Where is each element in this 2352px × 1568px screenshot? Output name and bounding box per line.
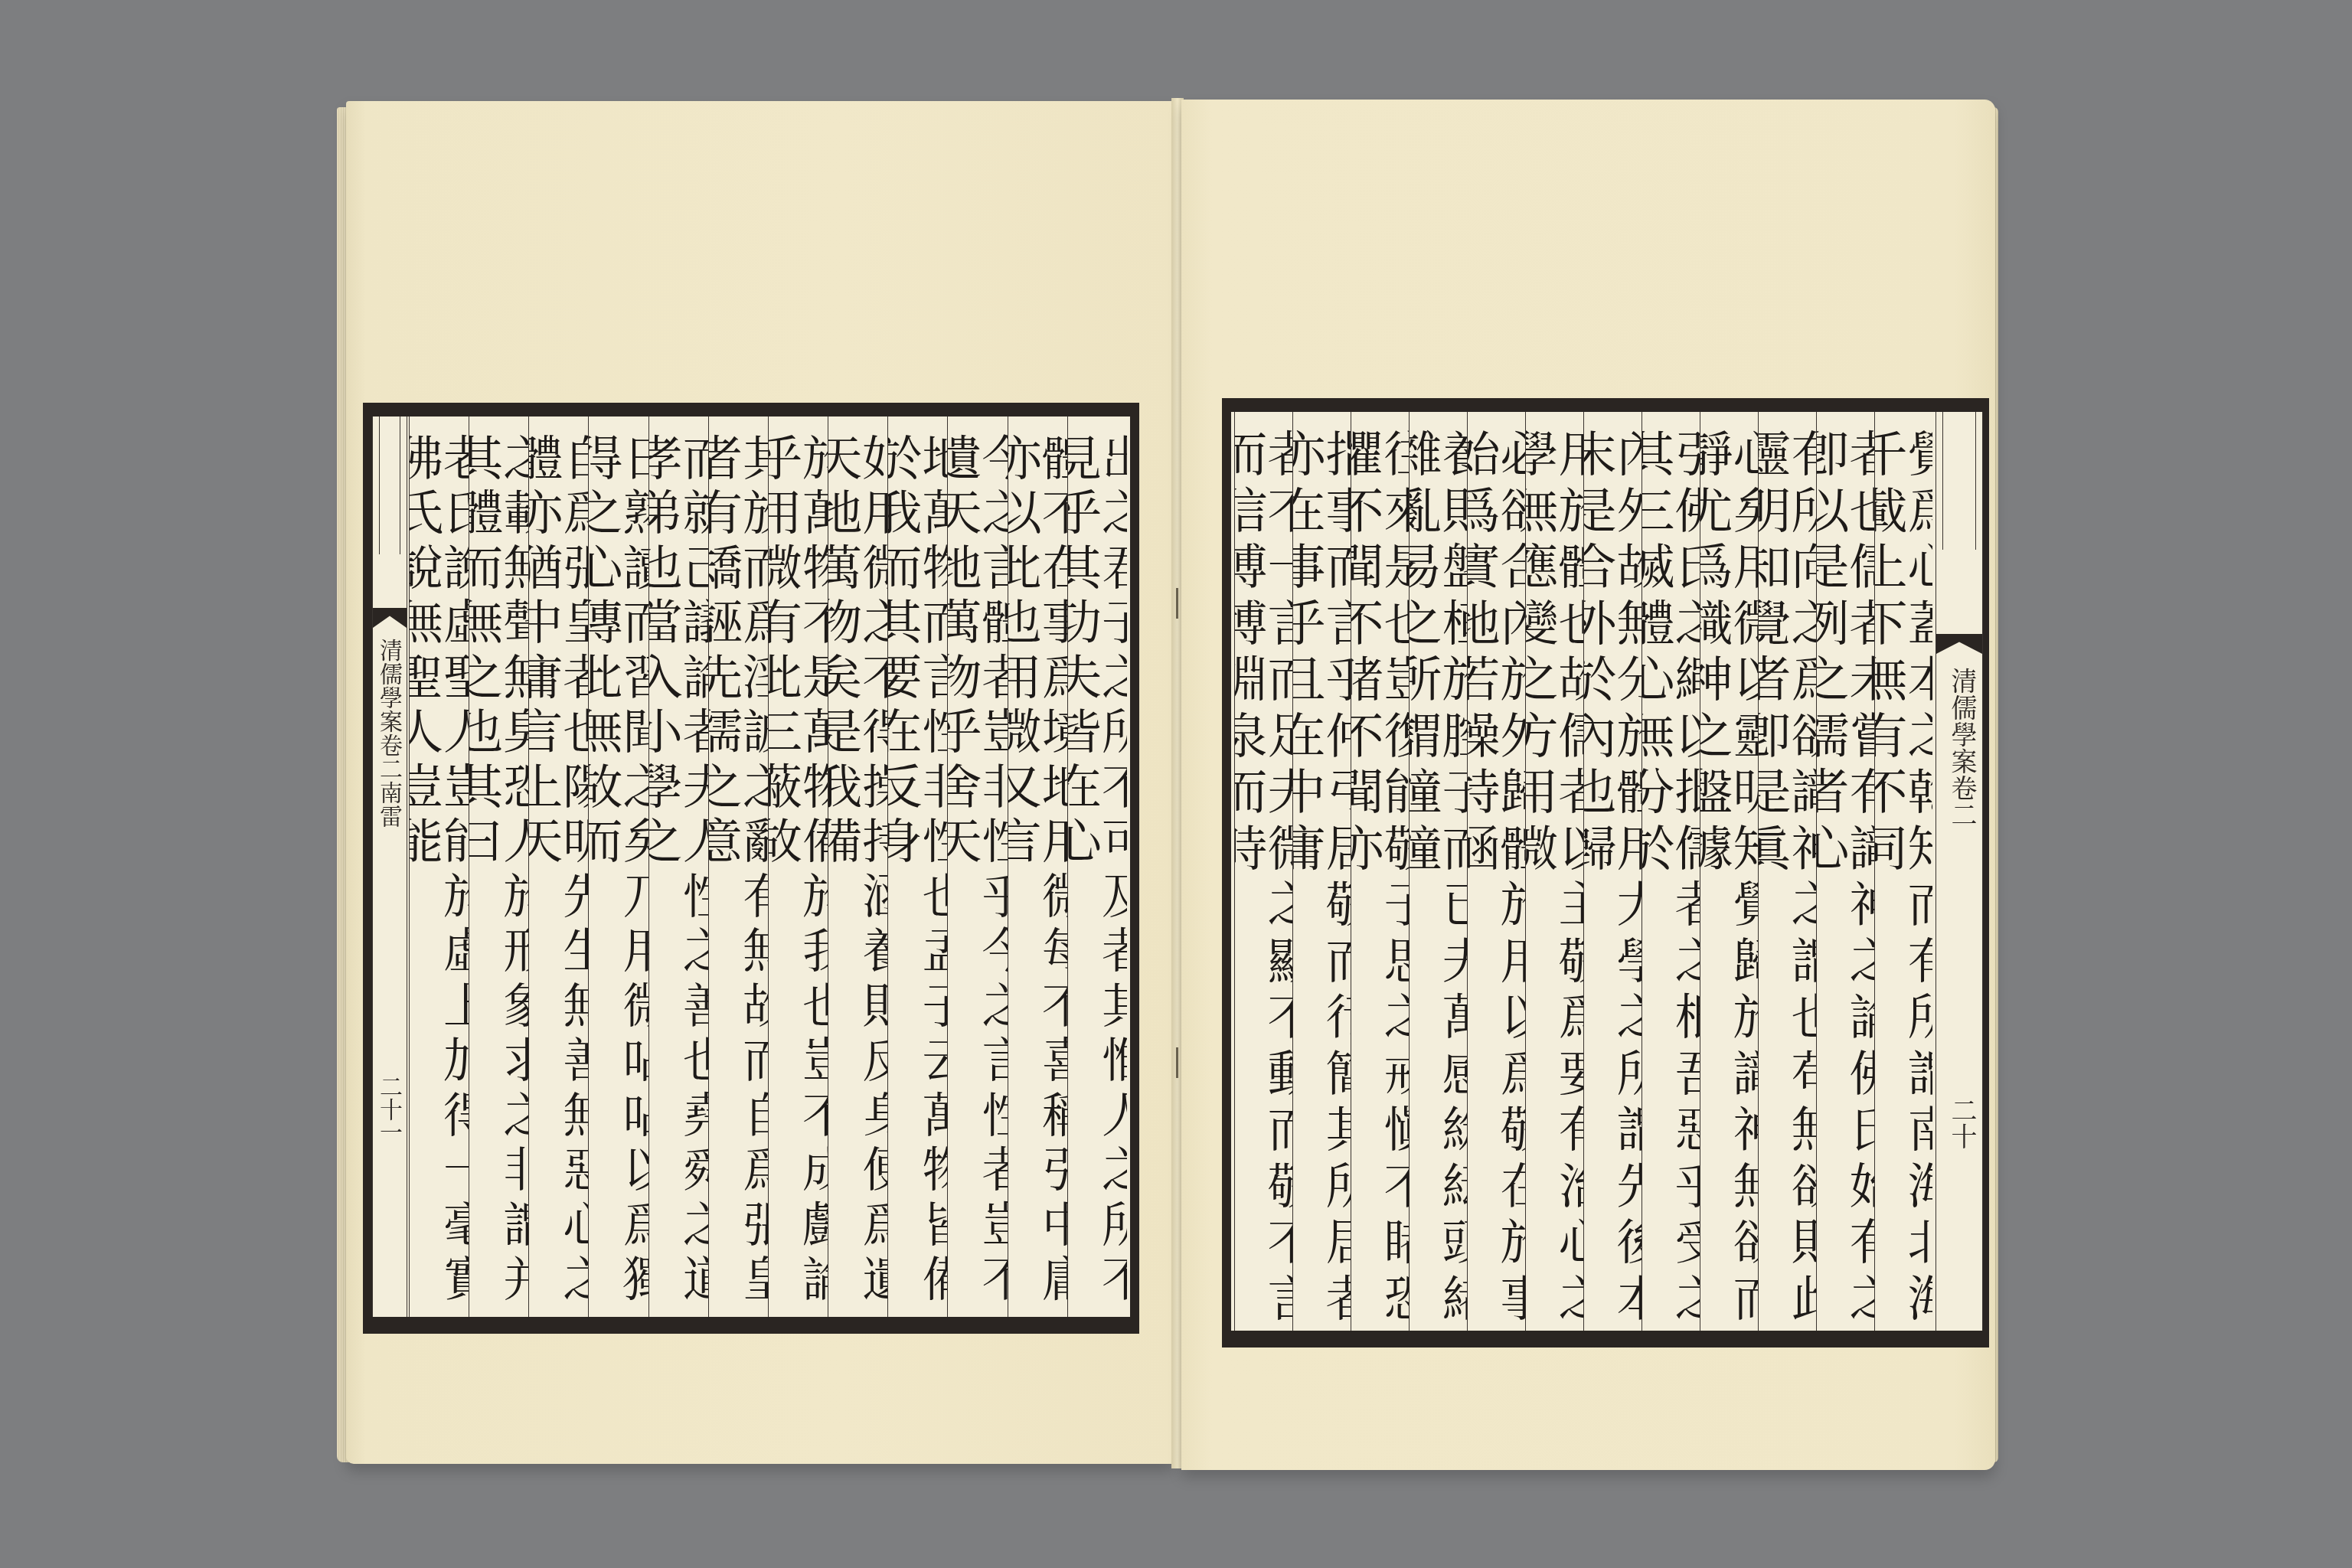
- binding-stitch: [1176, 588, 1178, 619]
- text-column: 養則盤桓於腔子而已夫萬感紛紜頭緒雜亂易之所謂憧憧: [1409, 412, 1467, 1331]
- text-column: 必欲合內於外歸體於用以爲敬在於事始爲實地若操持涵: [1467, 412, 1525, 1331]
- text-column: 出之君子之所不可及者其惟人之所不見乎其功夫皆在心: [1067, 416, 1127, 1317]
- right-text-columns: 覺爲心蓋本之乾知而有所謂南海北海千載上下無有不同 者也儒者未嘗有識神之論佛氏始有…: [1234, 412, 1932, 1331]
- right-page-number: 二十: [1938, 1097, 1981, 1149]
- text-column: 體不在事爲境地用微每不喜稱引中庸亦以此也用微又言: [1008, 416, 1067, 1317]
- text-column: 如用微之不得操持涵養則反身便爲遺天地萬物矣是我備: [828, 416, 887, 1317]
- text-column: 其放而爲淫詖之辭有無故而自爲張皇者有矯誣先儒之意: [708, 416, 768, 1317]
- banxin-rule-lines: [1942, 412, 1976, 550]
- open-book-spread: 清儒學案卷二南雷 二十一 出之君子之所不可及者其惟人之所不見乎其功夫皆在心 體不…: [0, 0, 2352, 1568]
- text-column: 自爲張皇者也陽明先生無善無惡心之體亦猶中庸言上天: [528, 416, 588, 1317]
- text-column: 用於體也故儒者以主敬爲要有治心之學無應變之方用微: [1525, 412, 1583, 1331]
- right-banxin-center-strip: 清儒學案卷二 二十: [1935, 412, 1983, 1331]
- text-column: 內外故無分於體用大學之所謂先後本末是合外於內也歸: [1583, 412, 1641, 1331]
- text-column: 於萬物不是萬物備於我也豈不成戲論乎用微有此三蔽故: [768, 416, 828, 1317]
- right-page-printed-frame: 清儒學案卷二 二十 覺爲心蓋本之乾知而有所謂南海北海千載上下無有不同 者也儒者未…: [1222, 398, 1989, 1347]
- text-column: 者不一言而足夫微之顯不動而敬不言而信溥博淵泉而時: [1234, 412, 1292, 1331]
- text-column: 日熟讀而習聞之矣乃用微呫呫以爲獨得之心傳此無故而: [588, 416, 648, 1317]
- fishtail-mark-icon: [1936, 634, 1982, 654]
- text-column: 有所向之爲欲識神之謂也苟無欲則此靈明知覺者卽是眞: [1758, 412, 1816, 1331]
- right-banxin-title: 清儒學案卷二: [1938, 668, 1981, 828]
- text-column: 老氏說虛聖人豈能於虛上加得一毫實佛氏說無聖人豈能: [409, 416, 469, 1317]
- text-column: 地萬物而言性非性也孟子云萬物皆備於我而其要在反身: [887, 416, 947, 1317]
- left-page-number: 二十一: [374, 1075, 405, 1144]
- text-column: 而就己議論者夫人性之善也堯舜之道孝弟也當入小學之: [648, 416, 708, 1317]
- text-column: 心矣用微以靈明知覺歸於識神無欲而靜尤爲識神之盤據: [1700, 412, 1758, 1331]
- text-column: 引佛氏之繩以批儒者之根吾惡乎受之其三滅體心無分於: [1641, 412, 1700, 1331]
- fishtail-mark-icon: [373, 608, 407, 628]
- left-banxin-center-strip: 清儒學案卷二南雷 二十一: [372, 416, 407, 1317]
- text-column: 今之言體者豈非性乎今之言性者豈不遺天地萬物乎舍天: [947, 416, 1007, 1317]
- left-banxin-title: 清儒學案卷二南雷: [374, 639, 405, 828]
- text-column: 覺爲心蓋本之乾知而有所謂南海北海千載上下無有不同: [1874, 412, 1932, 1331]
- left-page-printed-frame: 清儒學案卷二南雷 二十一 出之君子之所不可及者其惟人之所不見乎其功夫皆在心 體不…: [363, 403, 1139, 1334]
- text-column: 往來是也豈復能敬子思之戒愼不睹恐懼不聞不睹不聞亦: [1351, 412, 1409, 1331]
- text-column: 指事而言乎仲弓居敬而行簡其所居者亦在事乎且在中庸: [1292, 412, 1351, 1331]
- banxin-rule-lines: [379, 416, 400, 554]
- text-column: 者也儒者未嘗有識神之論佛氏始有之卽以是例之儒者心: [1816, 412, 1874, 1331]
- binding-stitch: [1176, 1047, 1178, 1078]
- text-column: 之載無聲無臭恐人於形象求之非謂并其體而無之也其曰: [469, 416, 528, 1317]
- left-text-columns: 出之君子之所不可及者其惟人之所不見乎其功夫皆在心 體不在事爲境地用微每不喜稱引中…: [409, 416, 1127, 1317]
